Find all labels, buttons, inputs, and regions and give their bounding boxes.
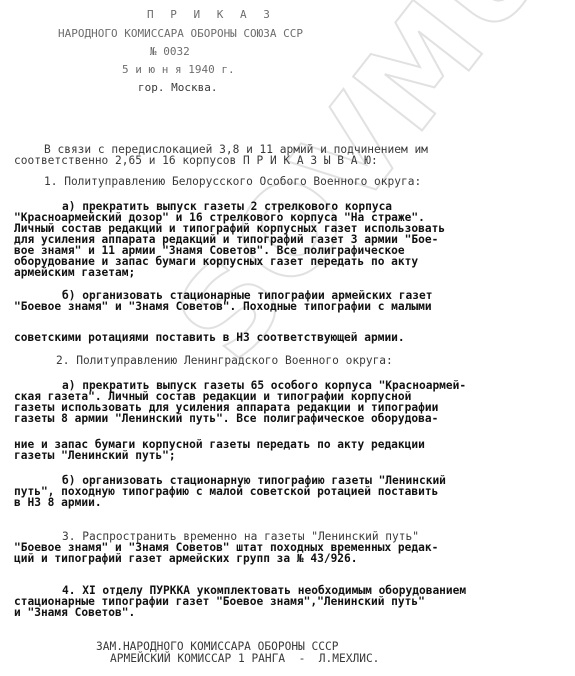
section-2b-line: в НЗ 8 армии. — [14, 497, 102, 509]
order-date: 5 и ю н я 1940 г. — [122, 64, 235, 76]
signature-name: АРМЕЙСКИЙ КОМИССАР 1 РАНГА - Л.МЕХЛИС. — [110, 653, 379, 665]
section-1b-line: советскими ротациями поставить в НЗ соот… — [14, 332, 405, 344]
order-issuer: НАРОДНОГО КОМИССАРА ОБОРОНЫ СОЮЗА ССР — [58, 28, 303, 40]
section-2-heading: 2. Политуправлению Ленинградского Военно… — [56, 355, 393, 367]
section-2a-line: газеты 8 армии "Ленинский путь". Все пол… — [14, 413, 438, 425]
order-title: П Р И К А З — [147, 9, 275, 21]
section-2a-line: газеты "Ленинский путь"; — [14, 450, 176, 462]
order-number: № 0032 — [150, 46, 190, 58]
order-place: гор. Москва. — [138, 82, 217, 94]
section-1-heading: 1. Политуправлению Белорусского Особого … — [44, 176, 421, 188]
preamble-line: соответственно 2,65 и 16 корпусов П Р И … — [14, 155, 378, 167]
section-4-line: и "Знамя Советов". — [14, 607, 135, 619]
section-1a-line: армейским газетам; — [14, 267, 135, 279]
section-3-line: ций и типографий газет армейских групп з… — [14, 553, 358, 565]
watermark: SOVMU — [150, 0, 575, 386]
document-page: SOVMU П Р И К А З НАРОДНОГО КОМИССАРА ОБ… — [0, 0, 575, 676]
section-1b-line: "Боевое знамя" и "Знамя Советов". Походн… — [14, 301, 432, 313]
